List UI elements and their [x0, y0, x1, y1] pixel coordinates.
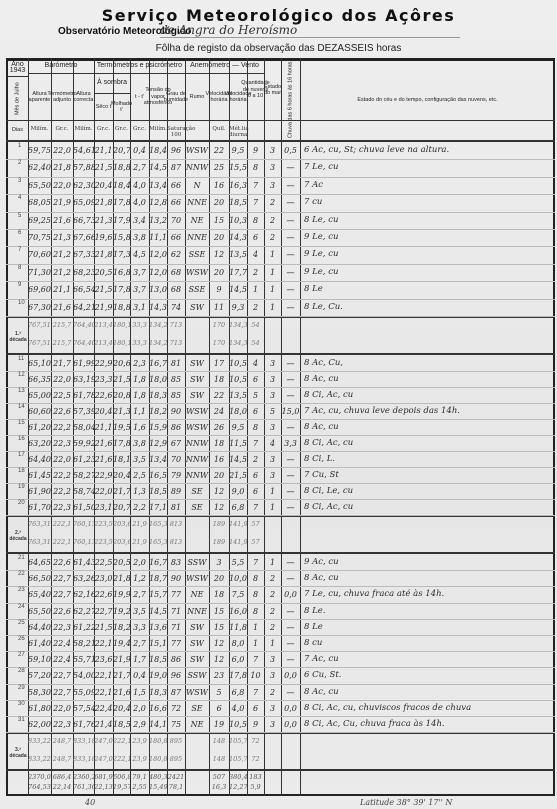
table-cell: 66,35	[28, 375, 51, 384]
table-cell: 2	[264, 623, 281, 632]
table-cell: NE	[185, 590, 209, 599]
table-cell: 23,0	[94, 574, 113, 583]
table-cell: 3	[264, 375, 281, 384]
table-cell: 22,1	[94, 671, 113, 680]
table-cell: 18,3	[149, 391, 167, 400]
decade-rule	[6, 317, 555, 318]
table-cell: 14,3	[149, 303, 167, 312]
table-cell: 15	[209, 607, 229, 616]
table-cell: 58,21	[73, 639, 94, 648]
table-cell: 66	[167, 198, 185, 207]
decade-sum: 760,137	[73, 538, 94, 546]
table-cell: 21,1	[94, 146, 113, 155]
table-cell: 62,30	[73, 181, 94, 190]
decade-sum: 33,3	[130, 339, 149, 347]
table-cell: —	[281, 285, 300, 294]
table-cell: 18,0	[149, 375, 167, 384]
table-cell: 21,7	[113, 671, 130, 680]
table-cell: 17,8	[113, 198, 130, 207]
table-cell: 4	[247, 250, 264, 259]
table-cell: 58,04	[73, 423, 94, 432]
table-cell: 6	[247, 487, 264, 496]
table-cell: 70	[167, 216, 185, 225]
table-cell: 1	[264, 558, 281, 567]
decade-sum: 247,0	[94, 737, 113, 745]
decade-sum: 215,7	[51, 339, 73, 347]
table-cell: 64,40	[28, 623, 51, 632]
decade-sum: 170	[209, 339, 229, 347]
table-cell: 3,3	[130, 623, 149, 632]
table-cell: 16	[209, 455, 229, 464]
day-number: 21	[18, 555, 25, 561]
table-cell: 81	[167, 503, 185, 512]
decade-sum: 180,8	[149, 737, 167, 745]
table-cell: 21,5	[94, 285, 113, 294]
decade-rule	[6, 353, 555, 355]
day-number: 18	[18, 468, 25, 474]
day-number: 28	[18, 668, 25, 674]
table-cell: 2,3	[130, 359, 149, 368]
table-cell: 20,4	[94, 181, 113, 190]
table-cell: —	[281, 639, 300, 648]
table-cell: WSW	[185, 574, 209, 583]
table-cell: 2	[264, 590, 281, 599]
total-cell: 5,9	[247, 783, 264, 791]
remark-text: 9 Le, cu	[304, 267, 338, 277]
row-rule	[6, 483, 555, 484]
unit-label: Milím.	[149, 126, 167, 132]
table-cell: 15,0	[281, 407, 300, 416]
decade-sum: 141,9	[229, 520, 247, 528]
table-cell: —	[281, 375, 300, 384]
table-cell: 87	[167, 688, 185, 697]
row-rule	[6, 194, 555, 195]
table-cell: 18,5	[229, 198, 247, 207]
table-cell: 22,0	[94, 487, 113, 496]
table-cell: 1	[247, 623, 264, 632]
day-number: 23	[18, 587, 25, 593]
decade-sum: 134,2	[149, 321, 167, 329]
table-cell: 18,4	[149, 146, 167, 155]
table-cell: 18,8	[113, 303, 130, 312]
table-cell: 65,00	[28, 391, 51, 400]
table-cell: 3,8	[130, 233, 149, 242]
table-cell: 17,7	[229, 268, 247, 277]
table-cell: NNW	[185, 455, 209, 464]
row-rule	[6, 667, 555, 668]
table-cell: 16,8	[113, 268, 130, 277]
table-cell: 12	[209, 655, 229, 664]
table-cell: 22,7	[94, 607, 113, 616]
table-cell: SSE	[185, 250, 209, 259]
day-number: 30	[18, 701, 25, 707]
table-cell: 57,20	[28, 671, 51, 680]
decade-sum: 213,4	[94, 339, 113, 347]
table-cell: 1	[264, 285, 281, 294]
table-cell: 2,0	[130, 704, 149, 713]
table-cell: 16,5	[149, 471, 167, 480]
table-cell: 16,6	[149, 704, 167, 713]
table-cell: 6,0	[229, 655, 247, 664]
table-cell: 90	[167, 407, 185, 416]
table-cell: 3	[264, 455, 281, 464]
table-cell: 23,3	[94, 375, 113, 384]
table-cell: SW	[185, 655, 209, 664]
table-cell: 61,50	[73, 503, 94, 512]
unit-label: Mét.lia diurna	[229, 126, 247, 138]
table-cell: 22,2	[51, 423, 73, 432]
table-cell: 21,8	[94, 250, 113, 259]
table-cell: —	[281, 487, 300, 496]
table-cell: SE	[185, 503, 209, 512]
table-cell: 2,9	[130, 720, 149, 729]
table-cell: 6	[247, 407, 264, 416]
table-cell: —	[281, 359, 300, 368]
table-cell: 1,1	[130, 407, 149, 416]
table-cell: 22,0	[51, 146, 73, 155]
row-rule	[6, 684, 555, 685]
day-number: 4	[18, 195, 21, 201]
table-cell: 18,5	[149, 655, 167, 664]
table-cell: 21,6	[94, 455, 113, 464]
header-nuvens: Quantidade de nuvens 0 a 10	[247, 60, 264, 120]
table-cell: 21,6	[113, 688, 130, 697]
table-cell: 22,6	[51, 607, 73, 616]
table-cell: 19,2	[113, 607, 130, 616]
table-cell: —	[281, 471, 300, 480]
table-cell: 69,25	[28, 216, 51, 225]
remark-text: 8 Le, cu	[304, 215, 338, 225]
remark-text: 9 Le, cu	[304, 232, 338, 242]
table-cell: 75	[167, 720, 185, 729]
unit-label: Gr.c.	[113, 126, 130, 132]
table-cell: 22,0	[51, 704, 73, 713]
table-cell: SW	[185, 359, 209, 368]
table-cell: 66	[167, 233, 185, 242]
table-cell: 12	[209, 639, 229, 648]
total-cell: 12,27	[229, 783, 247, 791]
table-cell: —	[281, 268, 300, 277]
remark-text: 7 Ac	[304, 180, 323, 190]
remark-text: 7 cu	[304, 197, 322, 207]
table-cell: 71	[167, 607, 185, 616]
remark-text: 7 Cu, St	[304, 470, 339, 480]
table-cell: 65,50	[28, 607, 51, 616]
remark-text: 8 Ac, cu	[304, 687, 339, 697]
table-cell: 20	[209, 268, 229, 277]
table-cell: 3	[264, 671, 281, 680]
total-cell: 22,14	[51, 783, 73, 791]
remark-text: 6 Cu, St.	[304, 670, 341, 680]
table-cell: 10,5	[229, 375, 247, 384]
table-cell: 2	[264, 607, 281, 616]
table-cell: 21,7	[113, 487, 130, 496]
table-cell: 21,5	[229, 471, 247, 480]
table-cell: 21,9	[113, 655, 130, 664]
table-cell: 54,00	[73, 671, 94, 680]
table-cell: 62	[167, 250, 185, 259]
table-cell: 22,3	[51, 503, 73, 512]
day-number: 1	[18, 143, 21, 149]
table-cell: 70,60	[28, 250, 51, 259]
decade-sum: 141,9	[229, 538, 247, 546]
table-cell: 18,2	[113, 623, 130, 632]
decade-sum: 72	[247, 755, 264, 763]
table-cell: SW	[185, 623, 209, 632]
day-number: 19	[18, 484, 25, 490]
remark-text: 7 Ac, cu, chuva leve depois das 14h.	[304, 406, 460, 416]
table-cell: 2,7	[130, 590, 149, 599]
decade-sum: 222,1	[51, 520, 73, 528]
table-cell: 3	[264, 391, 281, 400]
table-cell: 1,5	[130, 688, 149, 697]
table-cell: SSE	[185, 285, 209, 294]
table-cell: 3	[264, 359, 281, 368]
decade-sum: 764,402	[73, 321, 94, 329]
table-cell: 65,50	[28, 181, 51, 190]
remark-text: 8 Le, Cu.	[304, 302, 343, 312]
total-cell: 380,4	[229, 773, 247, 781]
table-cell: 20	[209, 574, 229, 583]
decade-sum: 763,310	[28, 538, 51, 546]
decade-sum: 833,225	[28, 755, 51, 763]
total-cell: 16,3	[209, 783, 229, 791]
table-cell: 23,6	[94, 655, 113, 664]
day-number: 17	[18, 452, 25, 458]
table-cell: 59,75	[28, 146, 51, 155]
table-cell: 21,8	[51, 163, 73, 172]
day-number: 6	[18, 230, 21, 236]
table-cell: 21,8	[94, 198, 113, 207]
table-cell: 17,9	[113, 216, 130, 225]
table-cell: 70,75	[28, 233, 51, 242]
table-cell: 66,73	[73, 216, 94, 225]
table-cell: 81	[167, 359, 185, 368]
day-number: 27	[18, 652, 25, 658]
table-cell: 3	[264, 423, 281, 432]
table-cell: 21,2	[51, 250, 73, 259]
row-rule	[6, 700, 555, 701]
table-cell: 69,60	[28, 285, 51, 294]
table-cell: 57,88	[73, 163, 94, 172]
table-cell: 1,3	[130, 487, 149, 496]
table-cell: 20,4	[113, 704, 130, 713]
table-cell: SE	[185, 487, 209, 496]
decade-sum: 54	[247, 321, 264, 329]
table-cell: 62,27	[73, 607, 94, 616]
decade-sum: 222,1	[51, 538, 73, 546]
remark-text: 8 Ci, Le, cu	[304, 486, 353, 496]
table-cell: 13,2	[149, 216, 167, 225]
decade-rule	[6, 733, 555, 734]
table-cell: SE	[185, 704, 209, 713]
table-cell: 14,1	[149, 720, 167, 729]
row-rule	[6, 467, 555, 468]
table-cell: 4,0	[229, 704, 247, 713]
table-cell: 22,5	[51, 391, 73, 400]
table-cell: 62,00	[28, 720, 51, 729]
total-cell: 2,55	[130, 783, 149, 791]
table-cell: 1	[264, 303, 281, 312]
total-cell: 2421	[167, 773, 185, 781]
table-cell: 68,23	[73, 268, 94, 277]
table-cell: 61,22	[73, 623, 94, 632]
table-cell: 20,7	[113, 146, 130, 155]
table-cell: 1	[247, 285, 264, 294]
table-cell: —	[281, 503, 300, 512]
table-cell: 65,10	[28, 359, 51, 368]
decade-sum: 833,181	[73, 755, 94, 763]
table-cell: 7,5	[229, 590, 247, 599]
decade-sum: 713	[167, 321, 185, 329]
decade-sum: 23,9	[130, 755, 149, 763]
table-cell: —	[281, 163, 300, 172]
table-cell: SW	[185, 639, 209, 648]
day-number: 20	[18, 500, 25, 506]
total-cell: 78,1	[167, 783, 185, 791]
table-cell: 57,39	[73, 407, 94, 416]
table-cell: 16,3	[229, 181, 247, 190]
day-number: 3	[18, 178, 21, 184]
table-cell: NNW	[185, 471, 209, 480]
decade-sum: 222,1	[113, 755, 130, 763]
table-cell: 22,4	[51, 639, 73, 648]
table-cell: 21,1	[51, 285, 73, 294]
decade-sum: 165,3	[149, 538, 167, 546]
table-cell: 1	[247, 639, 264, 648]
remark-text: 8 Ci, Ac, Cu, chuva fraca às 14h.	[304, 719, 445, 729]
table-cell: 1,2	[130, 574, 149, 583]
decade-sum: 222,1	[113, 737, 130, 745]
decade-sum: 72	[247, 737, 264, 745]
table-cell: 54,61	[73, 146, 94, 155]
row-rule	[6, 451, 555, 452]
row-rule	[6, 419, 555, 420]
table-cell: N	[185, 181, 209, 190]
table-cell: 96	[167, 671, 185, 680]
table-cell: 20,7	[113, 503, 130, 512]
table-cell: 16	[209, 181, 229, 190]
table-cell: WSW	[185, 407, 209, 416]
decade-sum: 833,225	[28, 737, 51, 745]
decade-sum: 189	[209, 538, 229, 546]
table-cell: NE	[185, 216, 209, 225]
table-cell: 3,5	[130, 455, 149, 464]
table-cell: 85	[167, 375, 185, 384]
table-cell: 21,6	[51, 303, 73, 312]
table-cell: 18,8	[113, 163, 130, 172]
table-cell: 22,6	[94, 590, 113, 599]
table-cell: 7	[247, 503, 264, 512]
row-rule	[6, 499, 555, 500]
total-cell: 183	[247, 773, 264, 781]
day-number: 25	[18, 620, 25, 626]
table-cell: 61,20	[28, 423, 51, 432]
table-cell: 63,20	[28, 439, 51, 448]
unit-label: Milím.	[28, 126, 51, 132]
table-cell: 20,5	[94, 268, 113, 277]
decade-sum: 767,510	[28, 321, 51, 329]
table-cell: 15	[209, 216, 229, 225]
table-cell: 21,7	[51, 359, 73, 368]
sheet-subtitle: Fôlha de registo da observação das DEZAS…	[0, 43, 557, 54]
day-number: 26	[18, 636, 25, 642]
table-cell: WSW	[185, 268, 209, 277]
table-cell: 13,6	[149, 623, 167, 632]
table-cell: 22,1	[94, 688, 113, 697]
table-cell: 79	[167, 471, 185, 480]
table-cell: 67,33	[73, 250, 94, 259]
table-cell: 12,9	[149, 439, 167, 448]
total-cell: 480,3	[149, 773, 167, 781]
table-cell: NNW	[185, 163, 209, 172]
table-cell: 21,5	[113, 375, 130, 384]
table-cell: 20,4	[113, 471, 130, 480]
table-cell: 3	[264, 181, 281, 190]
table-cell: 58,74	[73, 487, 94, 496]
table-cell: NNE	[185, 607, 209, 616]
table-cell: 22,1	[94, 639, 113, 648]
table-cell: 21,9	[94, 303, 113, 312]
day-number: 13	[18, 388, 25, 394]
table-cell: 2	[247, 303, 264, 312]
table-cell: 9,5	[229, 423, 247, 432]
day-number: 8	[18, 265, 21, 271]
table-cell: 22,7	[51, 574, 73, 583]
day-number: 11	[18, 356, 24, 362]
table-cell: 3,8	[130, 439, 149, 448]
table-cell: 14,5	[229, 455, 247, 464]
row-rule	[6, 281, 555, 282]
remark-text: 8 Ci, L.	[304, 454, 335, 464]
row-rule	[6, 177, 555, 178]
table-cell: 61,90	[28, 487, 51, 496]
decade-sum: 57	[247, 520, 264, 528]
days-header: Dias	[7, 121, 28, 140]
row-rule	[6, 603, 555, 604]
day-number: 31	[18, 717, 25, 723]
decade-sum: 813	[167, 520, 185, 528]
table-cell: —	[281, 455, 300, 464]
table-cell: 24	[209, 407, 229, 416]
decade-sum: 895	[167, 755, 185, 763]
table-cell: 16,0	[229, 607, 247, 616]
decade-sum: 203,6	[113, 538, 130, 546]
table-cell: —	[281, 423, 300, 432]
table-cell: 22,9	[94, 359, 113, 368]
row-rule	[6, 212, 555, 213]
decade-sum: 21,9	[130, 538, 149, 546]
table-cell: NNW	[185, 439, 209, 448]
table-cell: 18,2	[149, 407, 167, 416]
table-cell: 1	[264, 639, 281, 648]
table-cell: —	[281, 216, 300, 225]
table-cell: 11	[209, 303, 229, 312]
table-cell: 21,5	[94, 163, 113, 172]
table-cell: —	[281, 607, 300, 616]
table-cell: 11,8	[229, 623, 247, 632]
table-cell: SSW	[185, 558, 209, 567]
decade-sum: 33,3	[130, 321, 149, 329]
table-cell: 3,3	[281, 439, 300, 448]
table-cell: 3,7	[130, 285, 149, 294]
table-cell: 61,43	[73, 558, 94, 567]
table-cell: 17,8	[113, 439, 130, 448]
table-cell: 1	[264, 250, 281, 259]
decade-sum: 148	[209, 737, 229, 745]
remark-text: 9 Le, cu	[304, 249, 338, 259]
table-cell: 18,5	[149, 487, 167, 496]
